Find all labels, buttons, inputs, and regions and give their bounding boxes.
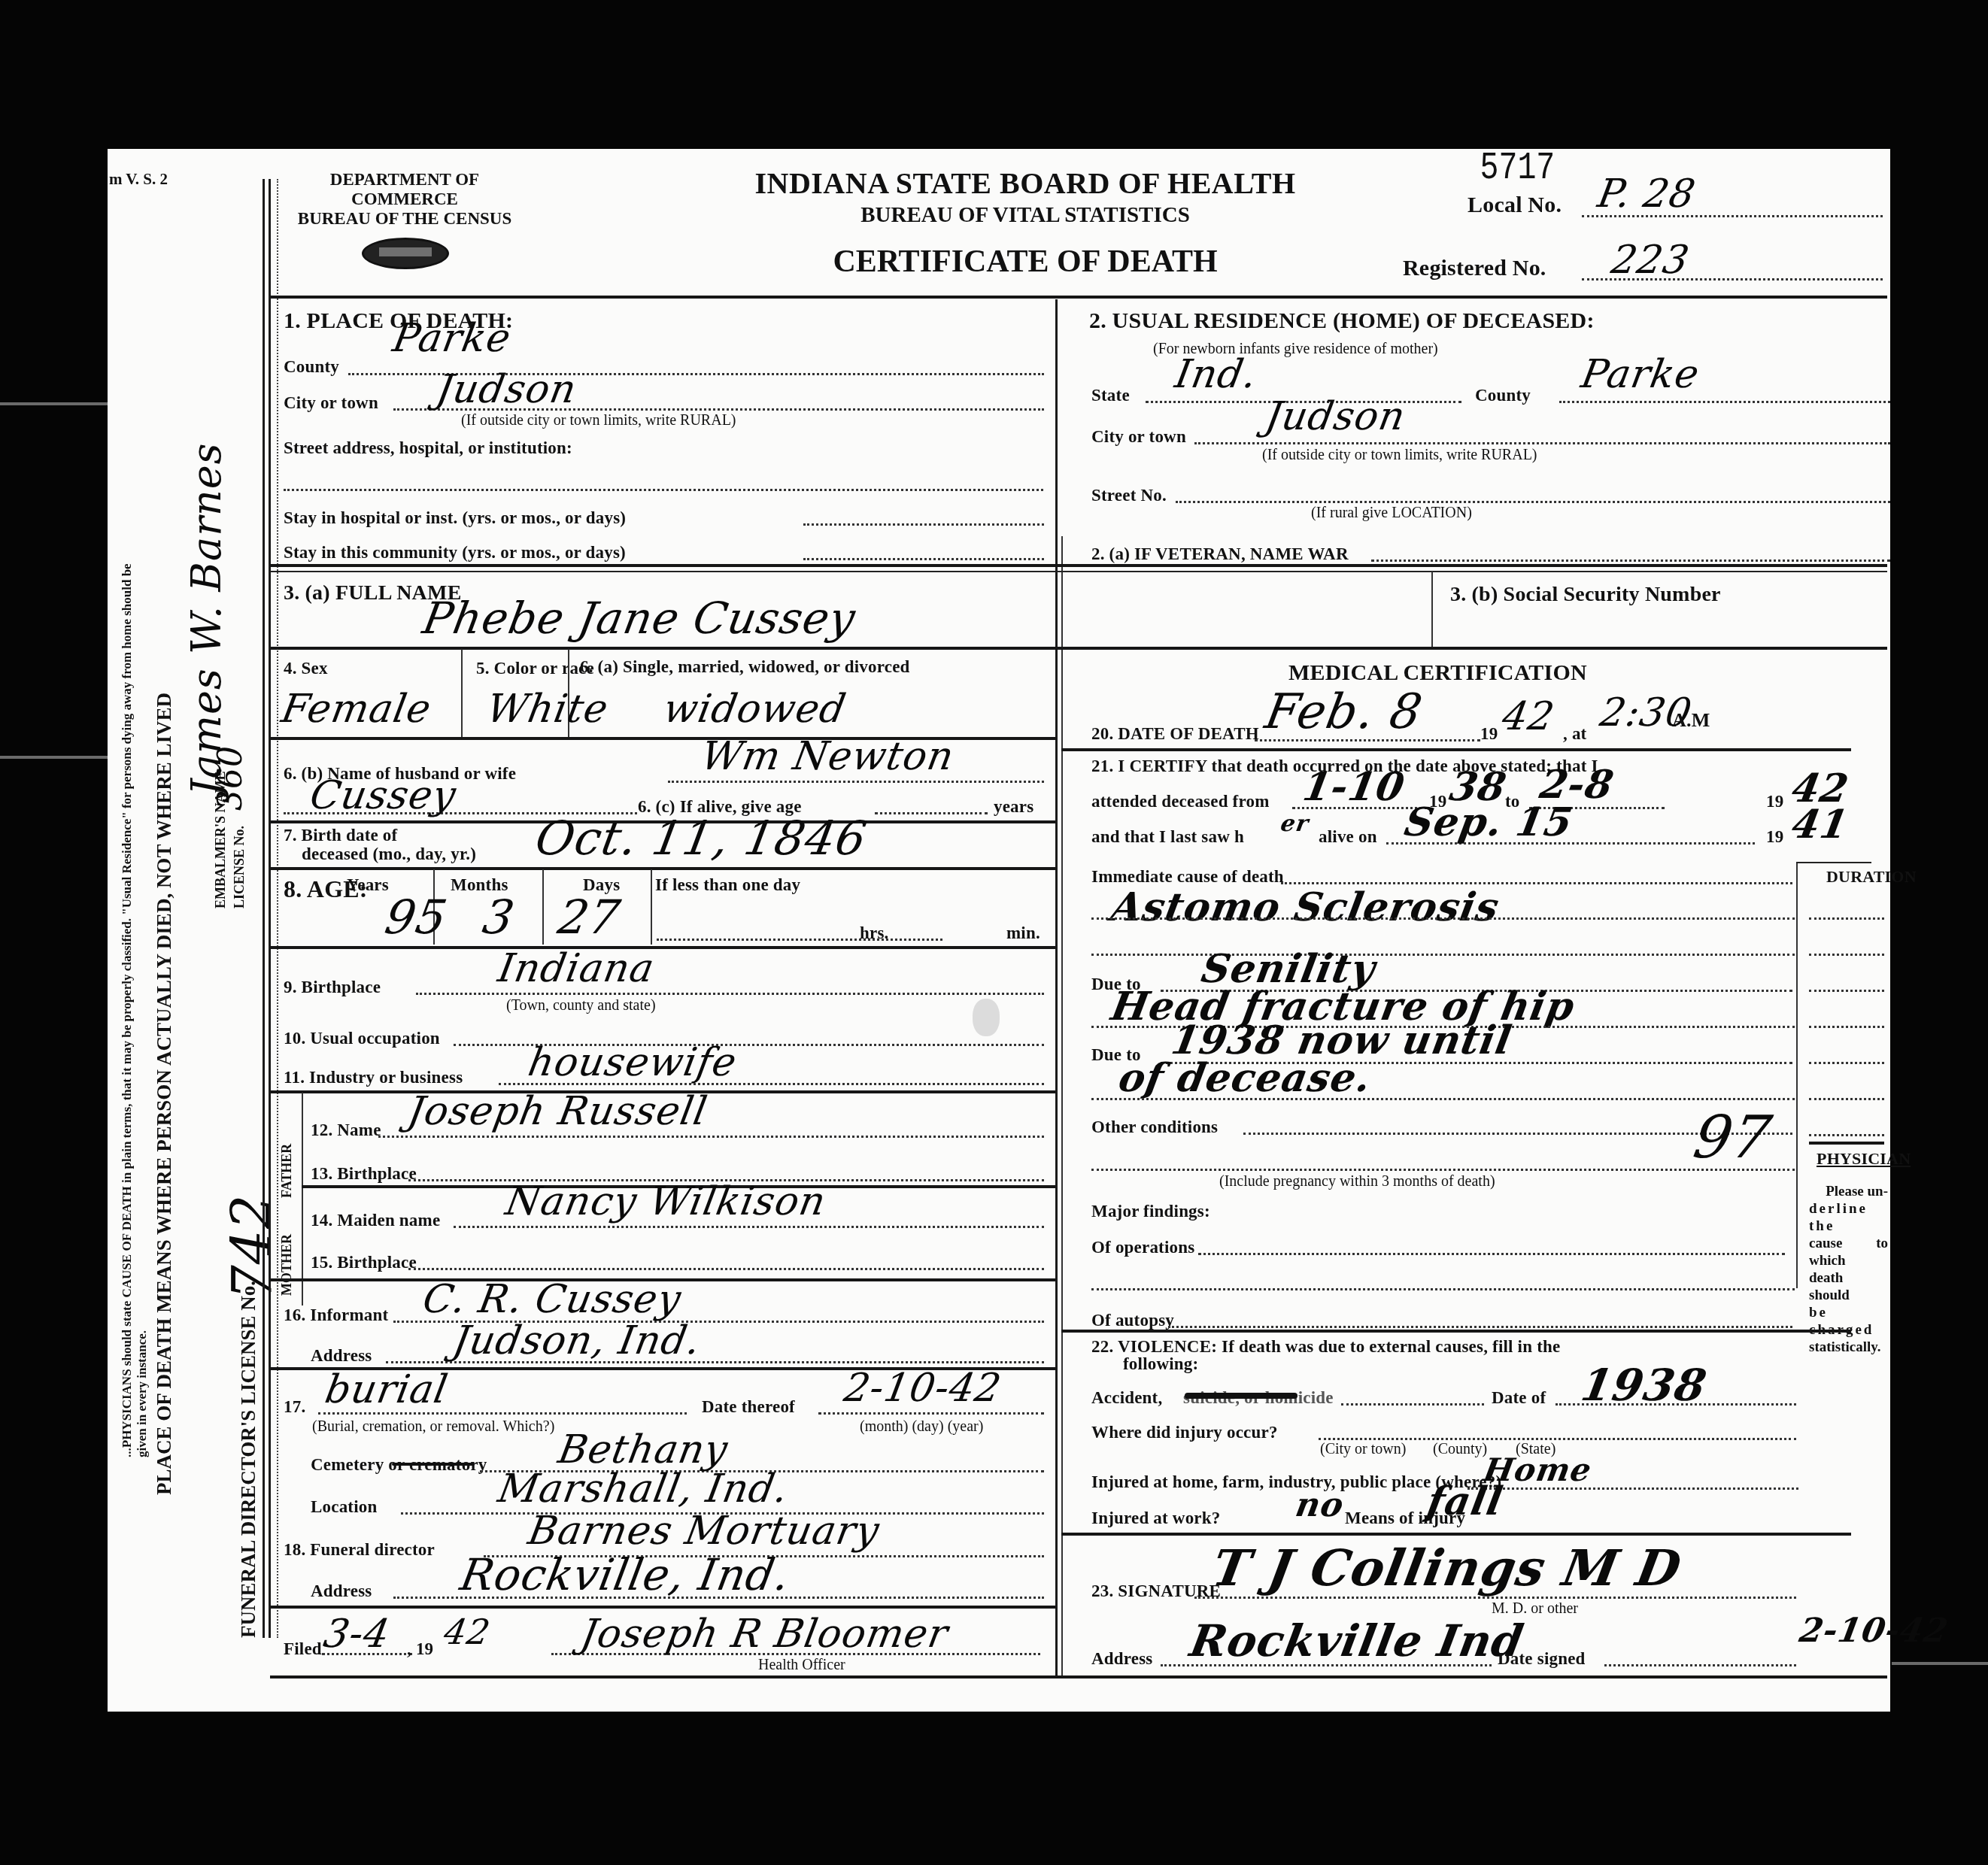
title-line-2: BUREAU OF VITAL STATISTICS xyxy=(694,203,1356,228)
row-rule xyxy=(270,867,1055,870)
residence-county-label: County xyxy=(1475,386,1531,405)
sex-value: Female xyxy=(278,687,435,732)
residence-city-line xyxy=(1194,442,1890,444)
occupation-label: 10. Usual occupation xyxy=(284,1029,440,1048)
stay-community-line xyxy=(803,558,1044,560)
father-birthplace-label: 13. Birthplace xyxy=(311,1164,417,1184)
duration-heading: DURATION xyxy=(1826,867,1917,887)
registered-no-label: Registered No. xyxy=(1403,256,1546,281)
residence-state-value: Ind. xyxy=(1172,352,1261,397)
birth-date-value: Oct. 11, 1846 xyxy=(532,811,872,866)
row-rule xyxy=(1061,748,1851,751)
disposition-number: 17. xyxy=(284,1397,305,1417)
violence-label-2: following: xyxy=(1123,1354,1198,1374)
ssn-label: 3. (b) Social Security Number xyxy=(1450,583,1721,607)
medical-heading: MEDICAL CERTIFICATION xyxy=(1288,660,1587,686)
suicide-homicide-strikethrough xyxy=(1185,1393,1298,1399)
father-tag: FATHER xyxy=(279,1144,295,1198)
where-injury-line xyxy=(1319,1438,1796,1440)
form-id: m V. S. 2 xyxy=(109,170,168,189)
instruction-text: given in every instance. xyxy=(135,563,150,1457)
location-value: Marshall, Ind. xyxy=(495,1466,792,1512)
local-no-label: Local No. xyxy=(1467,193,1562,218)
hrs-label: hrs. xyxy=(860,923,889,943)
street-label: Street address, hospital, or institution… xyxy=(284,438,572,458)
date-signed-line xyxy=(1604,1664,1796,1666)
filed-value: 3-4 xyxy=(320,1612,393,1657)
fd-address-value: Rockville, Ind. xyxy=(457,1549,794,1600)
scan-artifact xyxy=(0,402,113,405)
immediate-cause-value: Astomo Sclerosis xyxy=(1108,884,1503,930)
operations-line-2 xyxy=(1091,1288,1795,1290)
date-signed-value: 2-10-42 xyxy=(1797,1612,1952,1650)
residence-county-value: Parke xyxy=(1578,352,1703,397)
disposition-value: burial xyxy=(322,1367,451,1412)
margin-rule xyxy=(269,179,271,1638)
date-signed-label: Date signed xyxy=(1498,1649,1586,1669)
section-divider xyxy=(1061,536,1063,1675)
accident-line xyxy=(1341,1403,1484,1406)
attended-from: 1-10 xyxy=(1300,764,1409,810)
where-note-county: (County) xyxy=(1433,1441,1487,1458)
street-no-line xyxy=(1176,501,1890,503)
funeral-director-value: Barnes Mortuary xyxy=(525,1509,883,1554)
cause-line xyxy=(1091,917,1795,920)
physician-address-label: Address xyxy=(1091,1649,1153,1669)
attended-label: attended deceased from xyxy=(1091,792,1270,811)
mother-maiden-line xyxy=(454,1226,1044,1228)
duration-line xyxy=(1809,990,1884,992)
where-injury-label: Where did injury occur? xyxy=(1091,1423,1278,1442)
duration-line xyxy=(1809,917,1884,920)
spouse-value-2: Cussey xyxy=(307,773,460,818)
mother-birthplace-line xyxy=(408,1268,1044,1270)
duration-line xyxy=(1809,1098,1884,1100)
stay-hospital-line xyxy=(803,523,1044,526)
means-value: fall xyxy=(1424,1478,1507,1524)
last-saw-date: Sep. 15 xyxy=(1401,799,1577,845)
min-label: min. xyxy=(1006,923,1040,943)
row-rule xyxy=(270,946,1055,949)
dept-line: BUREAU OF THE CENSUS xyxy=(284,209,525,229)
mother-maiden-value: Nancy Wilkison xyxy=(502,1179,830,1224)
embalmer-license-label: LICENSE No. xyxy=(232,826,247,908)
funeral-director-label: 18. Funeral director xyxy=(284,1540,435,1560)
stamp-number: 5717 xyxy=(1480,146,1555,190)
date-of-death-label: 20. DATE OF DEATH xyxy=(1091,724,1259,744)
physician-note-line: be charged xyxy=(1809,1304,1888,1339)
race-label: 5. Color or race xyxy=(476,659,594,678)
paper-stain xyxy=(973,999,1000,1036)
filed-year: 42 xyxy=(441,1612,493,1652)
attended-to-year-prefix: 19 xyxy=(1766,792,1783,811)
margin-rule xyxy=(263,179,265,1638)
operations-label: Of operations xyxy=(1091,1238,1194,1257)
birth-date-label-2: deceased (mo., day, yr.) xyxy=(302,845,476,864)
birthplace-value: Indiana xyxy=(495,946,658,991)
other-conditions-label: Other conditions xyxy=(1091,1117,1218,1137)
last-saw-year: 41 xyxy=(1789,802,1853,848)
section-rule xyxy=(270,571,1887,572)
title-line-1: INDIANA STATE BOARD OF HEALTH xyxy=(694,165,1356,201)
residence-city-value: Judson xyxy=(1262,394,1410,439)
street-line xyxy=(284,489,1043,491)
death-year-prefix: 19 xyxy=(1480,724,1498,744)
state-label: State xyxy=(1091,386,1130,405)
ssn-divider xyxy=(1431,572,1433,647)
mother-maiden-label: 14. Maiden name xyxy=(311,1211,440,1230)
scan-artifact xyxy=(1892,1662,1988,1665)
birthplace-label: 9. Birthplace xyxy=(284,978,381,997)
spouse-line xyxy=(668,781,1044,783)
residence-county-line xyxy=(1559,401,1890,403)
disposition-date-value: 2-10-42 xyxy=(841,1366,1005,1411)
accident-label: Accident, xyxy=(1091,1388,1162,1408)
city-label: City or town xyxy=(284,393,378,413)
scan-artifact xyxy=(0,756,113,759)
bottom-rule xyxy=(270,1675,1887,1679)
disposition-date-label: Date thereof xyxy=(702,1397,795,1417)
physician-note-line: death should xyxy=(1809,1269,1888,1304)
death-county-value: Parke xyxy=(390,316,514,361)
disposition-date-note: (month) (day) (year) xyxy=(860,1418,983,1436)
physician-address-value: Rockville Ind xyxy=(1186,1615,1528,1666)
instruction-text: ...PHYSICIANS should state CAUSE OF DEAT… xyxy=(120,563,135,1457)
location-label: Location xyxy=(311,1497,378,1517)
margin-dotted-rule xyxy=(277,179,280,1638)
father-name-value: Joseph Russell xyxy=(405,1089,712,1134)
fd-address-label: Address xyxy=(311,1581,372,1601)
duration-line xyxy=(1809,1026,1884,1028)
physician-note-line: Please un- xyxy=(1809,1183,1888,1200)
cell-divider xyxy=(651,869,652,945)
informant-value: C. R. Cussey xyxy=(420,1277,685,1322)
occupation-value: housewife xyxy=(525,1040,740,1085)
death-year: 42 xyxy=(1499,694,1559,739)
row-rule xyxy=(1061,1330,1851,1333)
alive-on-label: alive on xyxy=(1319,827,1377,847)
last-saw-pronoun: er xyxy=(1279,811,1311,837)
age-years-value: 95 xyxy=(381,890,452,945)
duration-line xyxy=(1809,1134,1884,1136)
autopsy-label: Of autopsy xyxy=(1091,1311,1174,1330)
disposition-line xyxy=(318,1412,687,1415)
age-less-label: If less than one day xyxy=(655,875,800,895)
informant-label: 16. Informant xyxy=(284,1305,388,1325)
margin-instructions: ...PHYSICIANS should state CAUSE OF DEAT… xyxy=(120,563,150,1457)
full-name-value: Phebe Jane Cussey xyxy=(419,593,860,644)
physician-rule xyxy=(1809,1142,1884,1145)
residence-city-label: City or town xyxy=(1091,427,1186,447)
header-rule xyxy=(270,296,1887,299)
dept-heading: DEPARTMENT OF COMMERCE BUREAU OF THE CEN… xyxy=(284,170,525,229)
marital-label-text: 6. (a) Single, married, widowed, or divo… xyxy=(580,657,910,676)
section-rule xyxy=(270,647,1887,650)
age-years-label: Years xyxy=(347,875,389,895)
page-title: CERTIFICATE OF DEATH xyxy=(694,244,1356,280)
rural-location-note: (If rural give LOCATION) xyxy=(1311,505,1472,522)
disposition-note: (Burial, cremation, or removal. Which?) xyxy=(312,1418,554,1436)
pregnancy-note: (Include pregnancy within 3 months of de… xyxy=(1219,1173,1495,1190)
time-prefix: , at xyxy=(1563,724,1586,744)
marital-label: 6. (a) Single, married, widowed, or divo… xyxy=(580,659,1001,675)
time-suffix: A.M xyxy=(1672,709,1710,732)
parent-tag-divider xyxy=(302,1093,303,1305)
injured-work-label: Injured at work? xyxy=(1091,1509,1220,1528)
operations-line xyxy=(1198,1253,1785,1255)
stay-community-label: Stay in this community (yrs. or mos., or… xyxy=(284,543,626,563)
physician-signature: T J Collings M D xyxy=(1208,1539,1686,1597)
stay-hospital-label: Stay in hospital or inst. (yrs. or mos.,… xyxy=(284,508,626,528)
street-no-label: Street No. xyxy=(1091,486,1167,505)
physician-heading: PHYSICIAN xyxy=(1817,1149,1911,1169)
embalmer-license-value: 360 xyxy=(211,745,250,811)
row-rule xyxy=(1061,1533,1851,1536)
row-rule xyxy=(270,1606,1055,1609)
death-city-value: Judson xyxy=(433,367,581,412)
other-conditions-value: 97 xyxy=(1689,1104,1777,1172)
health-officer-label: Health Officer xyxy=(758,1657,845,1674)
residence-rural-note: (If outside city or town limits, write R… xyxy=(1262,447,1537,464)
birthplace-line xyxy=(416,993,1044,995)
industry-label: 11. Industry or business xyxy=(284,1068,463,1087)
filed-year-prefix: , 19 xyxy=(407,1639,433,1659)
father-name-label: 12. Name xyxy=(311,1121,381,1140)
where-note-city: (City or town) xyxy=(1320,1441,1406,1458)
age-months-value: 3 xyxy=(479,890,519,945)
physician-note-line: cause to which xyxy=(1809,1235,1888,1269)
veteran-line xyxy=(1371,559,1890,562)
cell-divider xyxy=(461,649,463,739)
physician-note-line: statistically. xyxy=(1809,1339,1888,1356)
informant-address-value: Judson, Ind. xyxy=(450,1318,705,1363)
other-conditions-line-2 xyxy=(1091,1169,1795,1171)
rural-note: (If outside city or town limits, write R… xyxy=(461,412,736,429)
funeral-director-license-label: FUNERAL DIRECTOR'S LICENSE No. xyxy=(237,1281,260,1638)
informant-address-label: Address xyxy=(311,1346,372,1366)
cause-line xyxy=(1091,954,1795,956)
hrs-line xyxy=(657,939,942,941)
sex-label: 4. Sex xyxy=(284,659,328,678)
death-certificate: m V. S. 2 ...PHYSICIANS should state CAU… xyxy=(108,149,1890,1712)
cause-line xyxy=(1091,1098,1795,1100)
census-seal-icon xyxy=(362,238,449,269)
embalmer-signature: James W. Barnes xyxy=(183,443,230,796)
date-of-death-value: Feb. 8 xyxy=(1261,684,1426,740)
crematory-strikethrough xyxy=(392,1463,475,1466)
father-name-line xyxy=(378,1136,1044,1138)
registered-no-value: 223 xyxy=(1608,238,1693,283)
cemetery-value: Bethany xyxy=(555,1427,732,1472)
accident-date-value: 1938 xyxy=(1577,1360,1710,1411)
race-value: White xyxy=(484,687,612,732)
place-of-death-note: PLACE OF DEATH MEANS WHERE PERSON ACTUAL… xyxy=(153,693,176,1495)
spouse-age-unit: years xyxy=(994,797,1033,817)
autopsy-line xyxy=(1168,1326,1792,1328)
local-no-value: P. 28 xyxy=(1595,171,1699,217)
spouse-age-line xyxy=(875,812,988,814)
injured-work-value: no xyxy=(1293,1486,1347,1524)
cell-divider xyxy=(542,869,544,945)
health-officer-signature: Joseph R Bloomer xyxy=(578,1612,952,1657)
birth-date-label-1: 7. Birth date of xyxy=(284,826,397,845)
mother-birthplace-label: 15. Birthplace xyxy=(311,1253,417,1272)
accident-date-label: Date of xyxy=(1492,1388,1546,1408)
dept-line: DEPARTMENT OF COMMERCE xyxy=(284,170,525,209)
duration-top-rule xyxy=(1796,862,1871,863)
duration-divider xyxy=(1796,863,1798,1288)
birthplace-note: (Town, county and state) xyxy=(506,997,656,1014)
last-saw-year-prefix: 19 xyxy=(1766,827,1783,847)
last-saw-label: and that I last saw h xyxy=(1091,827,1244,847)
spouse-value-1: Wm Newton xyxy=(698,734,958,779)
section-rule xyxy=(270,564,1887,567)
duration-line xyxy=(1809,954,1884,956)
residence-heading: 2. USUAL RESIDENCE (HOME) OF DECEASED: xyxy=(1089,308,1595,334)
funeral-director-license-value: 742 xyxy=(220,1194,284,1299)
county-label: County xyxy=(284,357,339,377)
section-divider xyxy=(1055,299,1058,1675)
veteran-label: 2. (a) IF VETERAN, NAME WAR xyxy=(1091,544,1349,564)
duration-line xyxy=(1809,1062,1884,1064)
physician-note-line: derline the xyxy=(1809,1200,1888,1235)
major-findings-label: Major findings: xyxy=(1091,1202,1210,1221)
disposition-date-line xyxy=(818,1412,1044,1415)
filed-line xyxy=(322,1653,412,1655)
filed-label: Filed xyxy=(284,1639,322,1659)
marital-value: widowed xyxy=(660,687,850,732)
age-days-value: 27 xyxy=(554,890,625,945)
mother-tag: MOTHER xyxy=(279,1234,295,1296)
due-to-2b: of decease. xyxy=(1115,1055,1375,1101)
